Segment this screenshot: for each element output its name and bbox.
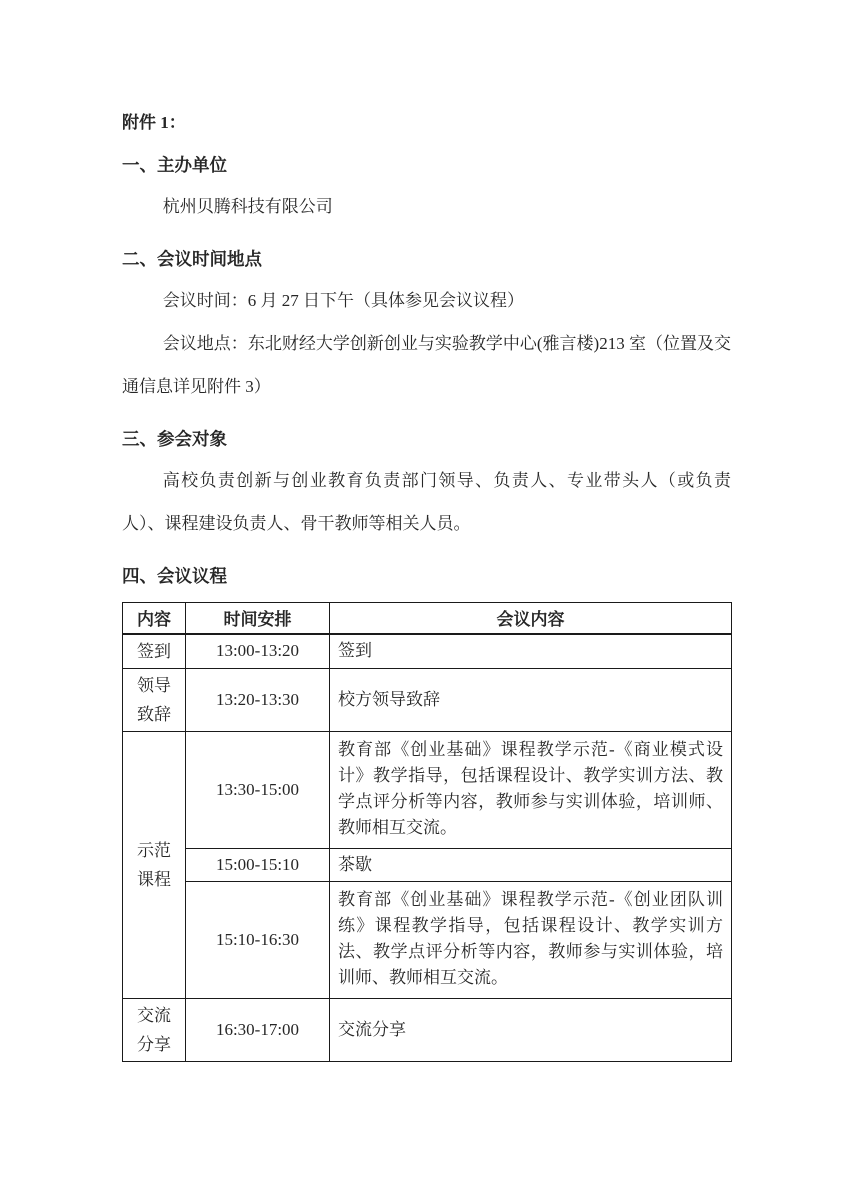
agenda-row-sharing: 交流 分享 16:30-17:00 交流分享 [123, 998, 732, 1061]
attachment-label: 附件 1： [122, 112, 731, 134]
tea-break-time-cell: 15:00-15:10 [186, 848, 330, 881]
leader-speech-label-cell: 领导 致辞 [123, 668, 186, 731]
agenda-header-content: 内容 [123, 603, 186, 634]
organizer-name: 杭州贝腾科技有限公司 [122, 185, 731, 228]
signin-label-cell: 签到 [123, 634, 186, 669]
agenda-row-tea-break: 15:00-15:10 茶歇 [123, 848, 732, 881]
meeting-time-paragraph: 会议时间：6 月 27 日下午（具体参见会议议程） [122, 279, 731, 322]
agenda-table: 内容 时间安排 会议内容 签到 13:00-13:20 签到 领导 致辞 13:… [122, 602, 732, 1062]
agenda-row-signin: 签到 13:00-13:20 签到 [123, 634, 732, 669]
participants-paragraph: 高校负责创新与创业教育负责部门领导、负责人、专业带头人（或负责人）、课程建设负责… [122, 459, 731, 545]
demo-course-2-time-cell: 15:10-16:30 [186, 881, 330, 998]
section-heading-participants: 三、参会对象 [122, 428, 731, 451]
sharing-time-cell: 16:30-17:00 [186, 998, 330, 1061]
section-heading-time-place: 二、会议时间地点 [122, 248, 731, 271]
section-heading-organizer: 一、主办单位 [122, 154, 731, 177]
signin-time-cell: 13:00-13:20 [186, 634, 330, 669]
demo-course-1-time-cell: 13:30-15:00 [186, 731, 330, 848]
signin-detail-cell: 签到 [330, 634, 732, 669]
sharing-label-cell: 交流 分享 [123, 998, 186, 1061]
section-heading-agenda: 四、会议议程 [122, 565, 731, 588]
tea-break-detail-cell: 茶歇 [330, 848, 732, 881]
leader-speech-time-cell: 13:20-13:30 [186, 668, 330, 731]
agenda-header-row: 内容 时间安排 会议内容 [123, 603, 732, 634]
demo-course-label-cell: 示范 课程 [123, 731, 186, 998]
sharing-detail-cell: 交流分享 [330, 998, 732, 1061]
meeting-place-paragraph: 会议地点：东北财经大学创新创业与实验教学中心(雅言楼)213 室（位置及交通信息… [122, 322, 731, 408]
document-page: 附件 1： 一、主办单位 杭州贝腾科技有限公司 二、会议时间地点 会议时间：6 … [0, 0, 849, 1200]
agenda-header-detail: 会议内容 [330, 603, 732, 634]
agenda-row-leader-speech: 领导 致辞 13:20-13:30 校方领导致辞 [123, 668, 732, 731]
agenda-row-demo-course-1: 示范 课程 13:30-15:00 教育部《创业基础》课程教学示范-《商业模式设… [123, 731, 732, 848]
agenda-row-demo-course-2: 15:10-16:30 教育部《创业基础》课程教学示范-《创业团队训练》课程教学… [123, 881, 732, 998]
leader-speech-detail-cell: 校方领导致辞 [330, 668, 732, 731]
demo-course-2-detail-cell: 教育部《创业基础》课程教学示范-《创业团队训练》课程教学指导，包括课程设计、教学… [330, 881, 732, 998]
demo-course-1-detail-cell: 教育部《创业基础》课程教学示范-《商业模式设计》教学指导，包括课程设计、教学实训… [330, 731, 732, 848]
agenda-header-time: 时间安排 [186, 603, 330, 634]
